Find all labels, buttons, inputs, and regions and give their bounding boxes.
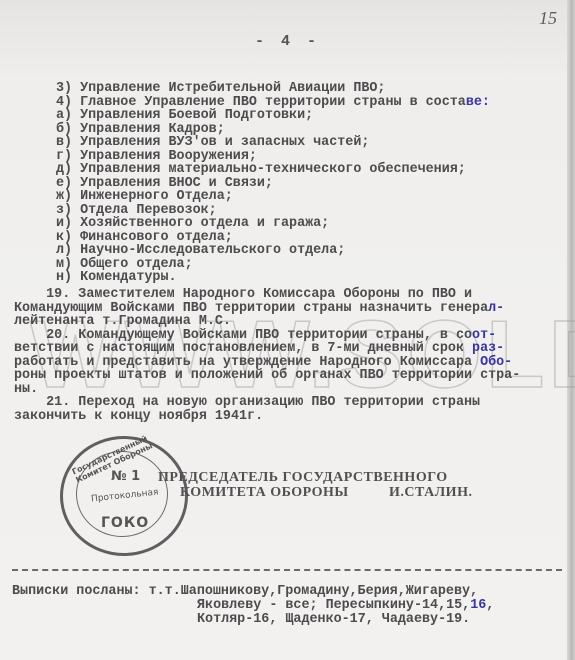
distribution-tail: , bbox=[486, 598, 494, 613]
distribution-line-2: Яковлеву - все; Пересыпкину-14,15,16, bbox=[197, 599, 494, 613]
distribution-line-1: Выписки посланы: т.т.Шапошникову,Громади… bbox=[12, 585, 478, 599]
stamp-abbrev: ГОКО bbox=[101, 515, 149, 531]
list-item: н) Комендатуры. bbox=[56, 271, 177, 285]
distribution-text: Яковлеву - все; Пересыпкину-14,15, bbox=[197, 598, 470, 613]
handwritten-correction: 16 bbox=[470, 598, 486, 613]
signature-title-line1: ПРЕДСЕДАТЕЛЬ ГОСУДАРСТВЕННОГО bbox=[158, 470, 448, 486]
separator-line bbox=[12, 569, 562, 571]
official-stamp: Государственный Комитет Обороны № 1 Прот… bbox=[60, 436, 188, 556]
document-page: 15 - 4 - WWW.SOLDAT.RU 3) Управление Ист… bbox=[0, 0, 575, 660]
stamp-number: № 1 bbox=[111, 469, 140, 484]
archive-sheet-number: 15 bbox=[539, 8, 557, 29]
paragraph-line: закончить к концу ноября 1941г. bbox=[14, 410, 263, 424]
paragraph-line: роны проекты штатов и положений об орган… bbox=[14, 369, 520, 383]
handwritten-correction: ве: bbox=[466, 95, 490, 110]
typed-text: роны проекты штатов и положений об орган… bbox=[14, 368, 520, 383]
signature-title-line2: КОМИТЕТА ОБОРОНЫ bbox=[180, 485, 349, 501]
page-number: - 4 - bbox=[0, 33, 575, 50]
handwritten-correction: л- bbox=[488, 301, 504, 316]
typed-text: н) Комендатуры. bbox=[56, 270, 177, 285]
signature-name: И.СТАЛИН. bbox=[389, 485, 472, 501]
typed-text: закончить к концу ноября 1941г. bbox=[14, 409, 263, 424]
distribution-line-3: Котляр-16, Щаденко-17, Чадаеву-19. bbox=[197, 613, 470, 627]
